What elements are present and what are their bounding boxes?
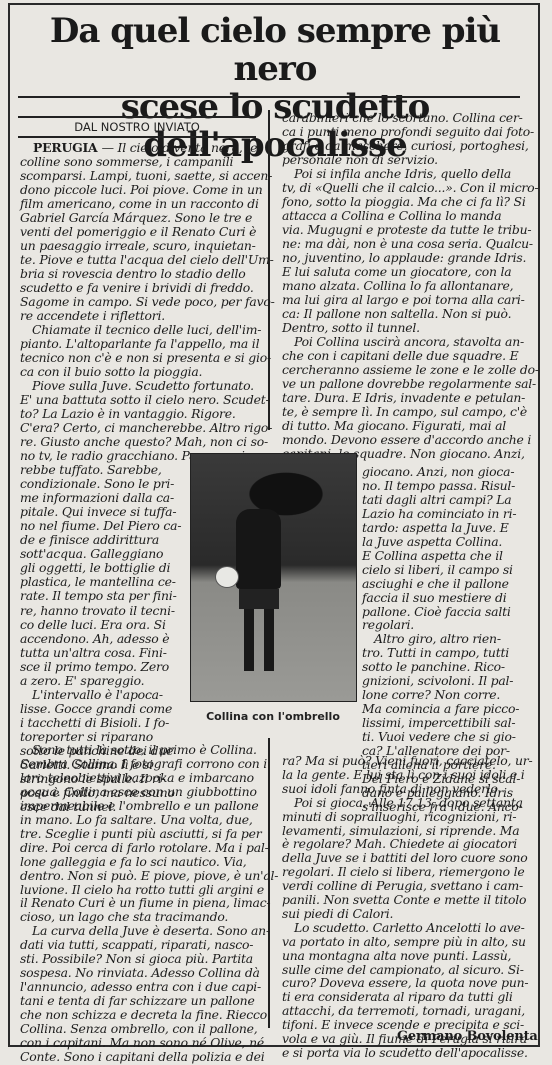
text-line: il Renato Curi è un fiume in piena, lima… [20,896,260,910]
text-line: to? La Lazio è in vantaggio. Rigore. [20,407,236,421]
photo-referee-umbrella [190,453,357,702]
text-line: ti era considerata al riparo da tutti gl… [282,990,532,1004]
text-line: minuti di sopralluoghi, ricognizioni, ri… [282,810,532,824]
text-line: pitale. Qui invece si tuffa- [20,505,190,519]
text-line: dentro. Non si può. E piove, piove, è un… [20,869,260,883]
text-line: film americano, come in un racconto di [20,197,259,211]
text-line: pianto. L'altoparlante fa l'appello, ma … [20,337,259,351]
text-line: attacchi, da terremoti, tornadi, uragani… [282,1004,532,1018]
text-line: ra? Ma si può? Vieni fuori, cacciatelo, … [282,754,532,768]
text-line: regolari. Il cielo si libera, riemergono… [282,865,532,879]
text-line: è regolare? Mah. Chiedete ai giocatori [282,837,532,851]
text-line: Sembra Collina. I fotografi corrono con … [20,757,260,771]
text-line: tv, di «Quelli che il calcio...». Con il… [282,181,532,195]
text-line: con i capitani. Ma non sono né Olive, né [20,1036,260,1050]
text-line: impermeabile e l'ombrello e un pallone [20,799,260,813]
text-line: levamenti, simulazioni, si riprende. Ma [282,824,532,838]
text-line: ca i punti meno profondi seguito dai fot… [282,125,532,139]
text-line: che con i capitani delle due squadre. E [282,349,532,363]
text-line: verdi colline di Perugia, svettano i cam… [282,879,532,893]
text-line: scomparsi. Lampi, tuoni, saette, si acce… [20,169,272,183]
text-line: via. Mugugni e proteste da tutte le trib… [282,223,532,237]
text-line: cielo si liberi, il campo si [362,563,532,577]
text-line: bria si rovescia dentro lo stadio dello [20,267,245,281]
text-line-lead: PERUGIA — Il cielo diventa nero, le [33,141,257,155]
text-line: te, è sempre lì. In campo, sul campo, c'… [282,405,532,419]
text-line: di tutto. Ma giocano. Figurati, mai al [282,419,532,433]
text-line: l'annuncio, adesso entra con i due capi- [20,980,260,994]
column-divider-top [268,110,270,430]
text-line: de e finisce addirittura [20,533,190,547]
text-line: una montagna alta nove punti. Lassù, [282,949,532,963]
text-line: sui piedi di Calori. [282,907,532,921]
text-line: re, hanno trovato il tecni- [20,604,190,618]
text-line: sotto le panchine. Rico- [362,660,532,674]
text-line: no nel fiume. Del Piero ca- [20,519,190,533]
dateline-city: PERUGIA [33,140,102,155]
text-line: ca con il buio sotto la pioggia. [20,365,202,379]
text-line: sce il primo tempo. Zero [20,660,190,674]
text-line: grafi e da maschere, curiosi, portoghesi… [282,139,532,153]
text-line: lone corre? Non corre. [362,688,532,702]
text-line: tati dagli altri campi? La [362,493,532,507]
text-line: regolari. [362,618,532,632]
text-line: scudetto e fa venire i brividi di freddo… [20,281,254,295]
text-line: personale non di servizio. [282,153,532,167]
text-line: Chiamate il tecnico delle luci, dell'im- [20,323,261,337]
text-line: sti. Possibile? Non si gioca più. Partit… [20,952,260,966]
text-line: va portato in alto, sempre più in alto, … [282,935,532,949]
text-line: La curva della Juve è deserta. Sono an- [20,924,260,938]
text-line: E lui saluta come un giocatore, con la [282,265,532,279]
text-line: giocano. Anzi, non gioca- [362,465,532,479]
text-line: e si porta via lo scudetto dell'apocalis… [282,1046,532,1060]
photo-leg [244,609,254,671]
text-line: Altro giro, altro rien- [362,632,532,646]
photo-ball [215,566,239,588]
text-line: dono piccole luci. Poi piove. Come in un [20,183,263,197]
text-line: Conte. Sono i capitani della polizia e d… [20,1050,260,1064]
text-line: curo? Doveva essere, la quota nove pun- [282,976,532,990]
text-line: gli oggetti, le bottiglie di [20,561,190,575]
text-line: suoi idoli fanno finta di non vederlo. [282,782,532,796]
text-line: che non schizza e decreta la fine. Riecc… [20,1008,260,1022]
text-line: sulle cime del campionato, al sicuro. Si… [282,963,532,977]
text-line: tro. Tutti in campo, tutti [362,646,532,660]
text-line: loro teleobiettivi bazooka e imbarcano [20,771,260,785]
text-line: C'era? Certo, ci mancherebbe. Altro rigo… [20,421,272,435]
text-line: me informazioni dalla ca- [20,491,190,505]
text-line: cioso, un lago che sta tracimando. [20,910,260,924]
text-line: gnizioni, scivoloni. Il pal- [362,674,532,688]
text-line: te. Piove e tutta l'acqua del cielo dell… [20,253,274,267]
text-line: sospesa. No rinviata. Adesso Collina dà [20,966,260,980]
headline-rule [18,96,520,98]
text-line: re. Giusto anche questo? Mah, non ci so- [20,435,268,449]
text-line: tardo: aspetta la Juve. E [362,521,532,535]
text-line: lisse. Gocce grandi come [20,702,190,716]
text-line: della Juve se i battiti del loro cuore s… [282,851,532,865]
text-line: i tacchetti di Bisioli. I fo- [20,716,190,730]
text-line: tre. Sceglie i punti più asciutti, si fa… [20,827,260,841]
text-line: asciughi e che il pallone [362,577,532,591]
text-line: lone galleggia e fa lo sci nautico. Via, [20,855,260,869]
lead-text: — Il cielo diventa nero, le [102,140,258,155]
text-line: venti del pomeriggio e il Renato Curi è [20,225,256,239]
text-line: Poi si infila anche Idris, quello della [282,167,532,181]
text-line: plastica, le mantellina ce- [20,575,190,589]
column-divider-bottom [268,738,270,1028]
text-line: ne: ma dài, non è una cosa seria. Qualcu… [282,237,532,251]
text-line: no, juventino, lo applaude: grande Idris… [282,251,532,265]
text-line: Poi si gioca. Alle 17.13, dopo settanta [282,796,532,810]
text-line: accendono. Ah, adesso è [20,632,190,646]
text-line: panili. Non svetta Conte e mette il tito… [282,893,532,907]
text-line: no. Il tempo passa. Risul- [362,479,532,493]
text-line: lissimi, impercettibili sal- [362,716,532,730]
text-line: rate. Il tempo sta per fini- [20,589,190,603]
text-line: attacca a Collina e Collina lo manda [282,209,532,223]
text-line: fono, sotto la pioggia. Ma che ci fa lì?… [282,195,532,209]
text-line: cercheranno assieme le zone e le zolle d… [282,363,532,377]
text-line: dire. Poi cerca di farlo rotolare. Ma i … [20,841,260,855]
text-line: tare. Dura. E Idris, invadente e petulan… [282,391,532,405]
text-line: Lo scudetto. Carletto Ancelotti lo ave- [282,921,532,935]
text-line: L'intervallo è l'apoca- [20,688,190,702]
photo-figure [236,509,281,589]
byline: Germano Bovolenta [397,1030,538,1044]
text-line: tutta un'altra cosa. Fini- [20,646,190,660]
text-line: condizionale. Sono le pri- [20,477,190,491]
text-line: colline sono sommerse, i campanili [20,155,233,169]
text-line: Sono tutti là sotto, il primo è Collina. [20,743,260,757]
text-line: dati via tutti, scappati, riparati, nasc… [20,938,260,952]
text-line: a zero. E' spareggio. [20,674,190,688]
text-line: re accendete i riflettori. [20,309,165,323]
photo-leg [264,609,274,671]
text-line: pallone. Cioè faccia salti [362,605,532,619]
text-line: Gabriel García Márquez. Sono le tre e [20,211,252,225]
text-line: co delle luci. Era ora. Si [20,618,190,632]
text-line: acqua. Collina esce con un giubbottino [20,785,260,799]
text-line: un paesaggio irreale, scuro, inquietan- [20,239,256,253]
text-line: Sagome in campo. Si vede poco, per favo- [20,295,275,309]
text-line: Dentro, sotto il tunnel. [282,321,532,335]
text-line: la Juve aspetta Collina. [362,535,532,549]
text-line: tani e tenta di far schizzare un pallone [20,994,260,1008]
text-line: sott'acqua. Galleggiano [20,547,190,561]
text-line: in mano. Lo fa saltare. Una volta, due, [20,813,260,827]
text-line: Ma comincia a fare picco- [362,702,532,716]
text-line: Lazio ha cominciato in ri- [362,507,532,521]
text-line: ca: Il pallone non saltella. Non si può. [282,307,532,321]
text-line: Collina. Senza ombrello, con il pallone, [20,1022,260,1036]
text-line: Piove sulla Juve. Scudetto fortunato. [20,379,254,393]
photo-shorts [239,589,279,609]
text-line: rebbe tuffato. Sarebbe, [20,463,190,477]
photo-caption: Collina con l'ombrello [190,710,356,723]
text-line: Poi Collina uscirà ancora, stavolta an- [282,335,532,349]
text-line: carabinieri che lo scortano. Collina cer… [282,111,532,125]
text-line: ve un pallone dovrebbe regolarmente sal- [282,377,532,391]
text-line: mondo. Devono essere d'accordo anche i [282,433,532,447]
text-line: luvione. Il cielo ha rotto tutti gli arg… [20,883,260,897]
text-line: faccia il suo mestiere di [362,591,532,605]
text-line: ma lui gira al largo e poi torna alla ca… [282,293,532,307]
dateline: DAL NOSTRO INVIATO [18,116,256,138]
text-line: E Collina aspetta che il [362,549,532,563]
text-line: E' una battuta sotto il cielo nero. Scud… [20,393,269,407]
headline-line-1: Da quel cielo sempre più nero [14,12,536,88]
text-line: ti. Vuoi vedere che si gio- [362,730,532,744]
text-line: mano alzata. Collina lo fa allontanare, [282,279,532,293]
text-line: tecnico non c'è e non si presenta e si g… [20,351,271,365]
text-line: la la gente. E lui sta lì con i suoi ido… [282,768,532,782]
